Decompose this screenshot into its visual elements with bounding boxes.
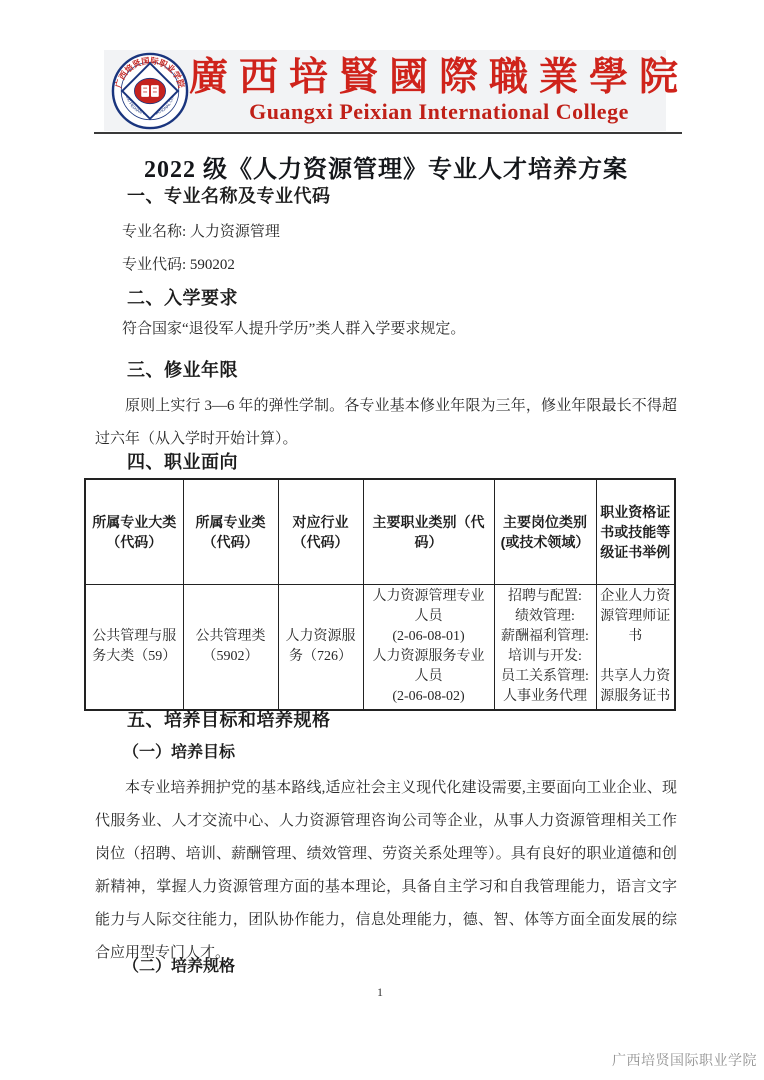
major-name-line: 专业名称: 人力资源管理 xyxy=(122,222,280,242)
career-orientation-table: 所属专业大类（代码） 所属专业类（代码） 对应行业（代码） 主要职业类别（代码）… xyxy=(84,478,676,711)
col-header-certificates: 职业资格证书或技能等级证书举例 xyxy=(596,479,675,585)
section-heading-3: 三、修业年限 xyxy=(127,358,238,382)
page-number: 1 xyxy=(340,985,420,1000)
certificate-item: 企业人力资源管理师证书 xyxy=(600,587,672,647)
college-name-en: Guangxi Peixian International College xyxy=(189,101,689,123)
pdf-page: 广西培贤国际职业学院 GUANGXI PEIXIAN INTERNATIONAL… xyxy=(0,0,764,1080)
section-heading-4: 四、职业面向 xyxy=(127,450,238,474)
col-header-industry: 对应行业（代码） xyxy=(278,479,363,585)
post-field: 招聘与配置: xyxy=(498,587,593,607)
certificate-item: 共享人力资源服务证书 xyxy=(600,667,672,707)
certificate-gap xyxy=(600,647,672,667)
section-heading-5: 五、培养目标和培养规格 xyxy=(127,708,331,732)
table-header-row: 所属专业大类（代码） 所属专业类（代码） 对应行业（代码） 主要职业类别（代码）… xyxy=(85,479,675,585)
cell-major-class: 公共管理类（5902） xyxy=(183,585,278,711)
occupation-code: (2-06-08-02) xyxy=(367,687,491,707)
col-header-major-group: 所属专业大类（代码） xyxy=(85,479,183,585)
post-field: 员工关系管理: xyxy=(498,667,593,687)
cell-occupations: 人力资源管理专业人员 (2-06-08-01) 人力资源服务专业人员 (2-06… xyxy=(363,585,494,711)
college-banner: 广西培贤国际职业学院 GUANGXI PEIXIAN INTERNATIONAL… xyxy=(104,50,666,131)
section-heading-2: 二、入学要求 xyxy=(127,286,238,310)
subsection-heading-spec: （二）培养规格 xyxy=(123,956,235,978)
document-title: 2022 级《人力资源管理》专业人才培养方案 xyxy=(95,155,677,185)
admission-requirement-line: 符合国家“退役军人提升学历”类人群入学要求规定。 xyxy=(122,319,465,339)
major-code-line: 专业代码: 590202 xyxy=(122,255,235,275)
cell-industry: 人力资源服务（726） xyxy=(278,585,363,711)
occupation-title: 人力资源服务专业人员 xyxy=(367,647,491,687)
cell-post-fields: 招聘与配置: 绩效管理: 薪酬福利管理: 培训与开发: 员工关系管理: 人事业务… xyxy=(494,585,596,711)
watermark-text: 广西培贤国际职业学院 xyxy=(612,1050,757,1070)
college-name-cn: 廣西培賢國際職業學院 xyxy=(189,58,689,97)
occupation-code: (2-06-08-01) xyxy=(367,627,491,647)
occupation-title: 人力资源管理专业人员 xyxy=(367,587,491,627)
table-row: 公共管理与服务大类（59） 公共管理类（5902） 人力资源服务（726） 人力… xyxy=(85,585,675,711)
post-field: 绩效管理: xyxy=(498,607,593,627)
study-period-paragraph: 原则上实行 3—6 年的弹性学制。各专业基本修业年限为三年，修业年限最长不得超过… xyxy=(95,390,677,456)
col-header-occupations: 主要职业类别（代码） xyxy=(363,479,494,585)
section-heading-1: 一、专业名称及专业代码 xyxy=(127,184,331,208)
college-name-block: 廣西培賢國際職業學院 Guangxi Peixian International… xyxy=(189,58,689,123)
subsection-heading-goal: （一）培养目标 xyxy=(123,742,235,764)
training-goal-paragraph: 本专业培养拥护党的基本路线,适应社会主义现代化建设需要,主要面向工业企业、现代服… xyxy=(95,772,677,970)
post-field: 人事业务代理 xyxy=(498,687,593,707)
college-seal-icon: 广西培贤国际职业学院 GUANGXI PEIXIAN INTERNATIONAL… xyxy=(111,52,189,130)
cell-certificates: 企业人力资源管理师证书 共享人力资源服务证书 xyxy=(596,585,675,711)
header-divider xyxy=(94,132,682,134)
cell-major-group: 公共管理与服务大类（59） xyxy=(85,585,183,711)
post-field: 培训与开发: xyxy=(498,647,593,667)
col-header-major-class: 所属专业类（代码） xyxy=(183,479,278,585)
post-field: 薪酬福利管理: xyxy=(498,627,593,647)
col-header-posts: 主要岗位类别(或技术领域） xyxy=(494,479,596,585)
